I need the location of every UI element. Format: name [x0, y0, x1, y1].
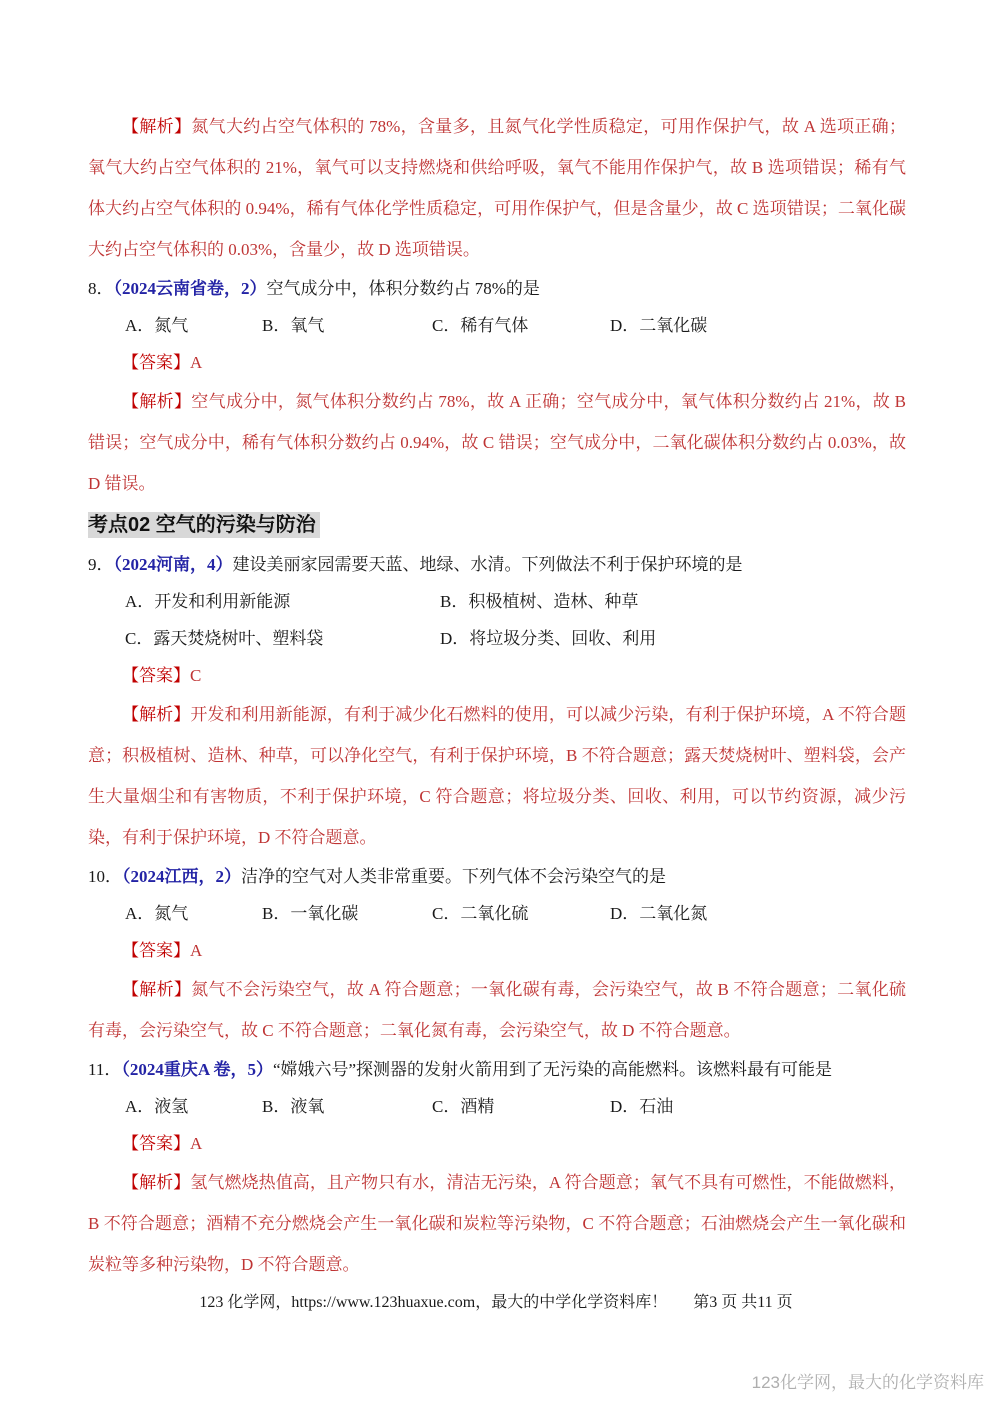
section-header-text: 考点02 空气的污染与防治: [88, 512, 320, 538]
question-source-tag: （2024云南省卷，2）: [114, 279, 267, 298]
analysis-label: 【解析】: [122, 980, 191, 999]
answer-letter: A: [190, 1134, 202, 1153]
question-source-tag: （2024河南，4）: [114, 555, 233, 574]
question-11-analysis: 【解析】氢气燃烧热值高，且产物只有水，清洁无污染，A 符合题意；氧气不具有可燃性…: [88, 1162, 906, 1285]
question-10-options: A．氮气 B．一氧化碳 C．二氧化硫 D．二氧化氮: [88, 895, 906, 932]
question-9-answer: 【答案】C: [88, 657, 906, 694]
analysis-paragraph-q7: 【解析】氮气大约占空气体积的 78%，含量多，且氮气化学性质稳定，可用作保护气，…: [88, 106, 906, 270]
analysis-label: 【解析】: [122, 392, 191, 411]
question-stem: “嫦娥六号”探测器的发射火箭用到了无污染的高能燃料。该燃料最有可能是: [273, 1060, 832, 1079]
question-9: 9．（2024河南，4）建设美丽家园需要天蓝、地绿、水清。下列做法不利于保护环境…: [88, 546, 906, 858]
analysis-text: 氢气燃烧热值高，且产物只有水，清洁无污染，A 符合题意；氧气不具有可燃性，不能做…: [88, 1173, 906, 1274]
question-number: 9．: [88, 555, 114, 574]
question-9-options: A．开发和利用新能源 B．积极植树、造林、种草 C．露天焚烧树叶、塑料袋 D．将…: [88, 583, 906, 657]
answer-letter: A: [190, 353, 202, 372]
question-9-analysis: 【解析】开发和利用新能源，有利于减少化石燃料的使用，可以减少污染，有利于保护环境…: [88, 694, 906, 858]
option-d: D．二氧化碳: [610, 307, 906, 344]
question-stem: 建设美丽家园需要天蓝、地绿、水清。下列做法不利于保护环境的是: [233, 555, 743, 574]
question-8-line: 8．（2024云南省卷，2）空气成分中，体积分数约占 78%的是: [88, 270, 906, 307]
answer-letter: A: [190, 941, 202, 960]
question-stem: 洁净的空气对人类非常重要。下列气体不会污染空气的是: [241, 867, 666, 886]
footer-page-number: 第3 页 共11 页: [693, 1294, 792, 1311]
option-a: A．液氢: [125, 1088, 262, 1125]
question-9-line: 9．（2024河南，4）建设美丽家园需要天蓝、地绿、水清。下列做法不利于保护环境…: [88, 546, 906, 583]
question-stem: 空气成分中，体积分数约占 78%的是: [267, 279, 540, 298]
question-11: 11．（2024重庆A 卷，5）“嫦娥六号”探测器的发射火箭用到了无污染的高能燃…: [88, 1051, 906, 1285]
question-11-line: 11．（2024重庆A 卷，5）“嫦娥六号”探测器的发射火箭用到了无污染的高能燃…: [88, 1051, 906, 1088]
analysis-label: 【解析】: [122, 1173, 190, 1192]
question-8-analysis: 【解析】空气成分中，氮气体积分数约占 78%，故 A 正确；空气成分中，氧气体积…: [88, 381, 906, 504]
answer-label: 【答案】: [122, 666, 190, 685]
option-c: C．二氧化硫: [432, 895, 610, 932]
watermark-text: 123化学网，最大的化学资料库: [752, 1368, 984, 1393]
option-a: A．氮气: [125, 307, 262, 344]
option-d: D．二氧化氮: [610, 895, 906, 932]
question-number: 11．: [88, 1060, 121, 1079]
option-c: C．酒精: [432, 1088, 610, 1125]
question-11-answer: 【答案】A: [88, 1125, 906, 1162]
question-10-answer: 【答案】A: [88, 932, 906, 969]
option-c: C．露天焚烧树叶、塑料袋: [125, 620, 440, 657]
question-number: 8．: [88, 279, 114, 298]
question-8-answer: 【答案】A: [88, 344, 906, 381]
question-10: 10．（2024江西，2）洁净的空气对人类非常重要。下列气体不会污染空气的是 A…: [88, 858, 906, 1051]
option-b: B．一氧化碳: [262, 895, 432, 932]
question-number: 10．: [88, 867, 122, 886]
option-a: A．氮气: [125, 895, 262, 932]
answer-label: 【答案】: [122, 353, 190, 372]
question-source-tag: （2024江西，2）: [122, 867, 241, 886]
option-a: A．开发和利用新能源: [125, 583, 440, 620]
option-b: B．液氧: [262, 1088, 432, 1125]
question-10-analysis: 【解析】氮气不会污染空气，故 A 符合题意；一氧化碳有毒，会污染空气，故 B 不…: [88, 969, 906, 1051]
answer-letter: C: [190, 666, 201, 685]
question-source-tag: （2024重庆A 卷，5）: [121, 1060, 273, 1079]
question-8: 8．（2024云南省卷，2）空气成分中，体积分数约占 78%的是 A．氮气 B．…: [88, 270, 906, 504]
question-10-line: 10．（2024江西，2）洁净的空气对人类非常重要。下列气体不会污染空气的是: [88, 858, 906, 895]
document-page: 【解析】氮气大约占空气体积的 78%，含量多，且氮气化学性质稳定，可用作保护气，…: [0, 0, 992, 1403]
analysis-label: 【解析】: [122, 117, 191, 136]
option-b: B．氧气: [262, 307, 432, 344]
analysis-text: 氮气大约占空气体积的 78%，含量多，且氮气化学性质稳定，可用作保护气，故 A …: [88, 117, 906, 259]
section-header-kaodian-02: 考点02 空气的污染与防治: [88, 504, 906, 546]
option-d: D．石油: [610, 1088, 906, 1125]
question-11-options: A．液氢 B．液氧 C．酒精 D．石油: [88, 1088, 906, 1125]
analysis-text: 开发和利用新能源，有利于减少化石燃料的使用，可以减少污染，有利于保护环境，A 不…: [88, 705, 906, 847]
analysis-text: 氮气不会污染空气，故 A 符合题意；一氧化碳有毒，会污染空气，故 B 不符合题意…: [88, 980, 906, 1040]
page-footer: 123 化学网，https://www.123huaxue.com，最大的中学化…: [0, 1292, 992, 1314]
option-b: B．积极植树、造林、种草: [440, 583, 906, 620]
answer-label: 【答案】: [122, 941, 190, 960]
question-8-options: A．氮气 B．氧气 C．稀有气体 D．二氧化碳: [88, 307, 906, 344]
analysis-label: 【解析】: [122, 705, 190, 724]
footer-site-text: 123 化学网，https://www.123huaxue.com，最大的中学化…: [199, 1294, 667, 1311]
analysis-text: 空气成分中，氮气体积分数约占 78%，故 A 正确；空气成分中，氧气体积分数约占…: [88, 392, 906, 493]
answer-label: 【答案】: [122, 1134, 190, 1153]
option-c: C．稀有气体: [432, 307, 610, 344]
option-d: D．将垃圾分类、回收、利用: [440, 620, 906, 657]
